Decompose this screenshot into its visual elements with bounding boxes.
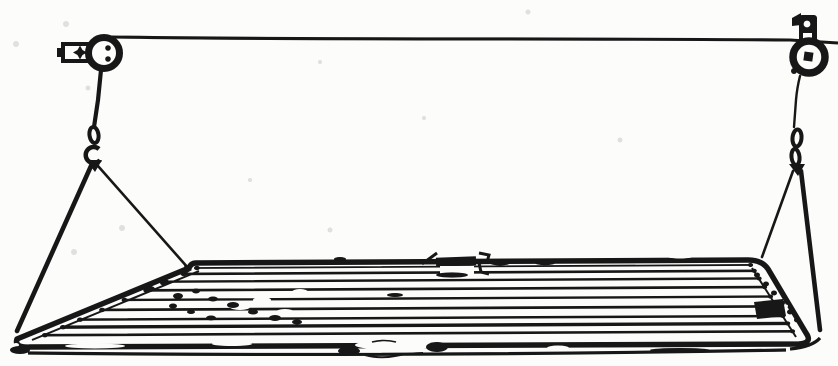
support-cable (112, 37, 838, 43)
dark-patch (754, 299, 786, 319)
illustration-svg (0, 0, 838, 366)
right-pulley (791, 13, 825, 74)
rack-rods (44, 265, 794, 335)
left-sling (17, 166, 192, 331)
right-hanger (789, 76, 805, 176)
left-hanger (86, 70, 102, 172)
illustration-page (0, 0, 838, 366)
scan-white-patches (13, 256, 788, 351)
back-rail-clip (422, 253, 489, 278)
left-pulley (57, 38, 120, 69)
